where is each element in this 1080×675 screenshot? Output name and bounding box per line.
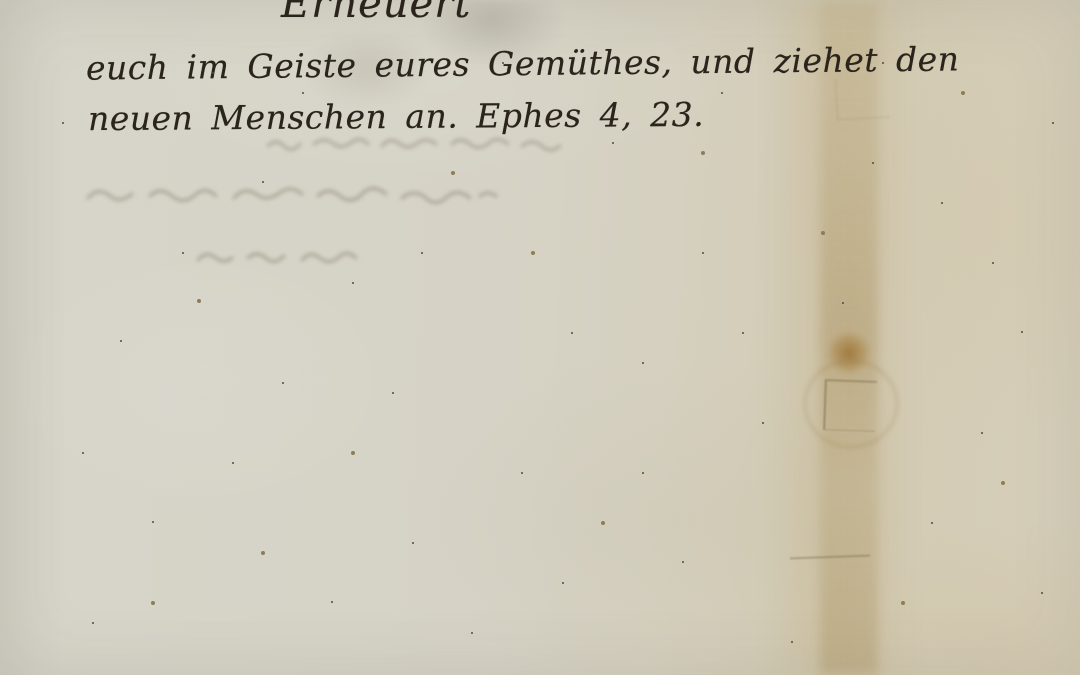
ink-bleedthrough-line-a <box>262 130 572 162</box>
ink-bleedthrough-line-b <box>82 176 502 216</box>
ink-bleedthrough-line-c <box>190 242 380 276</box>
pencil-top-marks <box>835 77 890 121</box>
pencil-rectangle-mark <box>823 379 877 432</box>
manuscript-page-photo: Erneuert euch im Geiste eures Gemüthes, … <box>0 0 1080 675</box>
foxing-specks <box>0 0 2 2</box>
handwritten-line-top-cropped: Erneuert <box>281 0 471 27</box>
